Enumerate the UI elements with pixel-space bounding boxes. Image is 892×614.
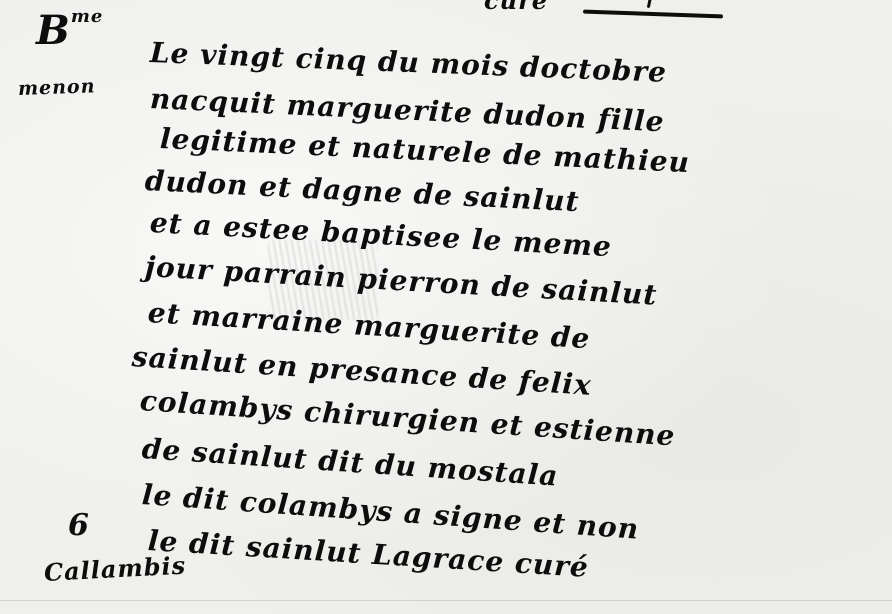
margin-entry-number: 6 (68, 508, 90, 543)
previous-entry-fragment: curé (484, 0, 548, 15)
page-edge-line (0, 600, 892, 601)
signature-flourish (647, 0, 652, 8)
entry-line-1: Le vingt cinq du mois doctobre (149, 36, 667, 89)
margin-entry-type-superscript: me (71, 6, 104, 27)
register-page: curé Bme menon Le vingt cinq du mois doc… (0, 0, 892, 614)
margin-subject-name: menon (18, 75, 96, 100)
closing-rule-line (583, 10, 723, 19)
margin-signature: Callambis (43, 551, 187, 587)
margin-entry-type: Bme (36, 6, 103, 54)
margin-entry-type-base: B (36, 7, 71, 54)
